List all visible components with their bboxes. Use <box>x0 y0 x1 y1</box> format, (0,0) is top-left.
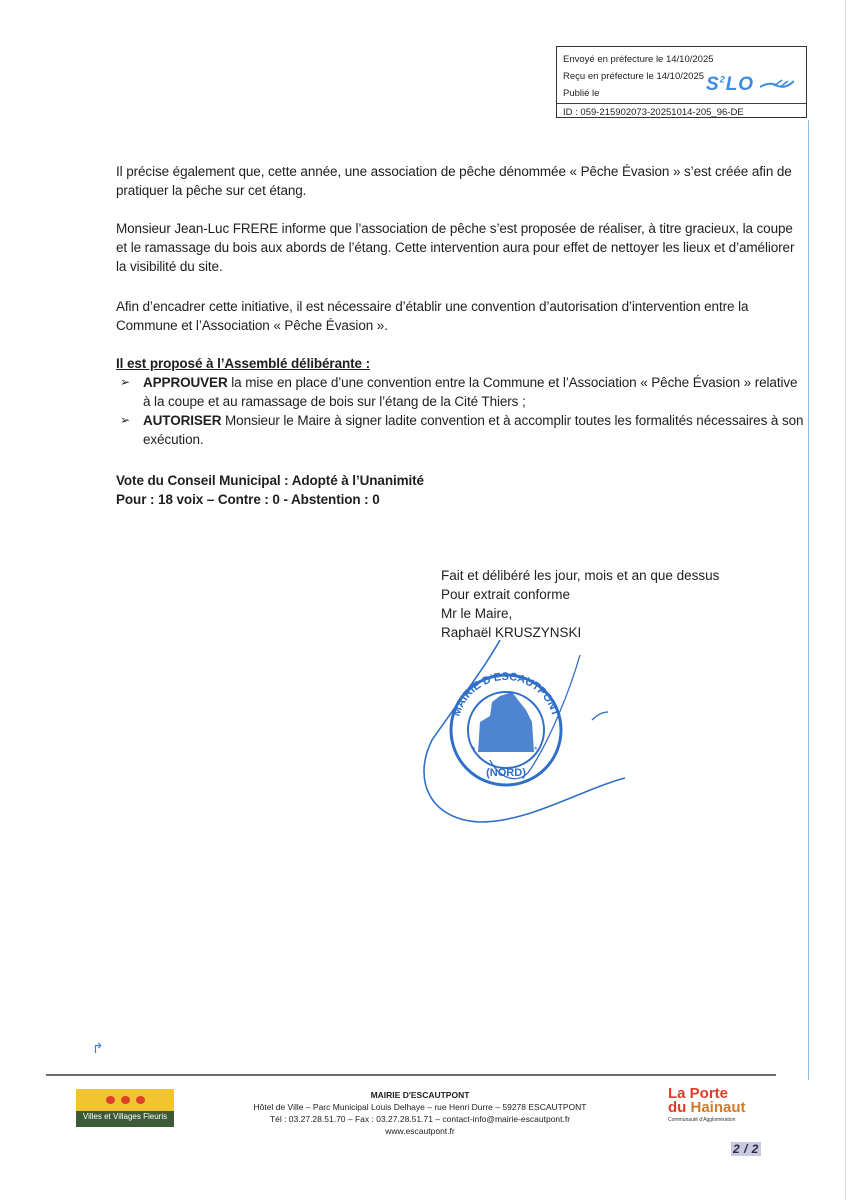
paragraph-association: Il précise également que, cette année, u… <box>116 162 806 200</box>
s2low-wing-icon <box>760 79 794 91</box>
bullet-keyword: AUTORISER <box>143 413 221 428</box>
s2low-logo: S2LO <box>706 74 794 96</box>
proposal-title: Il est proposé à l’Assemblé délibérante … <box>116 354 806 373</box>
footer-address-block: MAIRIE D'ESCAUTPONT Hôtel de Ville – Par… <box>200 1089 640 1137</box>
bullet-keyword: APPROUVER <box>143 375 228 390</box>
stamp-id: ID : 059-215902073-20251014-205_96-DE <box>557 103 806 121</box>
stamp-sent: Envoyé en préfecture le 14/10/2025 <box>563 51 806 68</box>
villes-villages-fleuris-logo: Villes et Villages Fleuris <box>76 1089 174 1127</box>
town-seal-and-signature: MAIRIE D'ESCAUTPONT * * (NORD) <box>420 640 660 830</box>
scan-ink-mark: ↱ <box>92 1040 104 1057</box>
footer-contact: Tél : 03.27.28.51.70 – Fax : 03.27.28.51… <box>200 1113 640 1125</box>
paragraph-intervention: Monsieur Jean-Luc FRERE informe que l’as… <box>116 219 806 276</box>
porte-logo-line2: du Hainaut <box>668 1101 746 1115</box>
bullet-authorize: ➢ AUTORISER Monsieur le Maire à signer l… <box>116 411 806 449</box>
signature-line-3: Mr le Maire, <box>441 604 719 623</box>
s2low-lo: LO <box>726 74 754 95</box>
porte-du-hainaut-logo: La Porte du Hainaut Communauté d'Agglomé… <box>668 1087 746 1123</box>
signature-line-1: Fait et délibéré les jour, mois et an qu… <box>441 566 719 585</box>
paragraph-convention: Afin d’encadrer cette initiative, il est… <box>116 297 806 335</box>
signature-line-2: Pour extrait conforme <box>441 585 719 604</box>
footer-divider <box>46 1074 776 1076</box>
margin-line <box>808 120 809 1080</box>
bullet-approve: ➢ APPROUVER la mise en place d’une conve… <box>116 373 806 411</box>
s2low-s: S <box>706 74 720 95</box>
page-number: 2 / 2 <box>731 1142 761 1156</box>
vote-result: Vote du Conseil Municipal : Adopté à l’U… <box>116 471 806 509</box>
svg-text:*: * <box>534 745 538 755</box>
svg-text:*: * <box>472 745 476 755</box>
footer-website: www.escautpont.fr <box>200 1125 640 1137</box>
bullet-text: Monsieur le Maire à signer ladite conven… <box>143 413 803 447</box>
footer-address: Hôtel de Ville – Parc Municipal Louis De… <box>200 1101 640 1113</box>
vote-line-2: Pour : 18 voix – Contre : 0 - Abstention… <box>116 490 806 509</box>
porte-logo-sub: Communauté d'Agglomération <box>668 1117 746 1123</box>
arrow-bullet-icon: ➢ <box>120 373 130 392</box>
scan-edge-line <box>845 0 846 1200</box>
arrow-bullet-icon: ➢ <box>120 411 130 430</box>
villes-logo-text: Villes et Villages Fleuris <box>83 1112 167 1121</box>
footer-title: MAIRIE D'ESCAUTPONT <box>200 1089 640 1101</box>
vote-line-1: Vote du Conseil Municipal : Adopté à l’U… <box>116 471 806 490</box>
seal-emblem-icon <box>478 692 534 752</box>
signature-block: Fait et délibéré les jour, mois et an qu… <box>441 566 719 642</box>
proposal-section: Il est proposé à l’Assemblé délibérante … <box>116 354 806 449</box>
bullet-text: la mise en place d’une convention entre … <box>143 375 797 409</box>
